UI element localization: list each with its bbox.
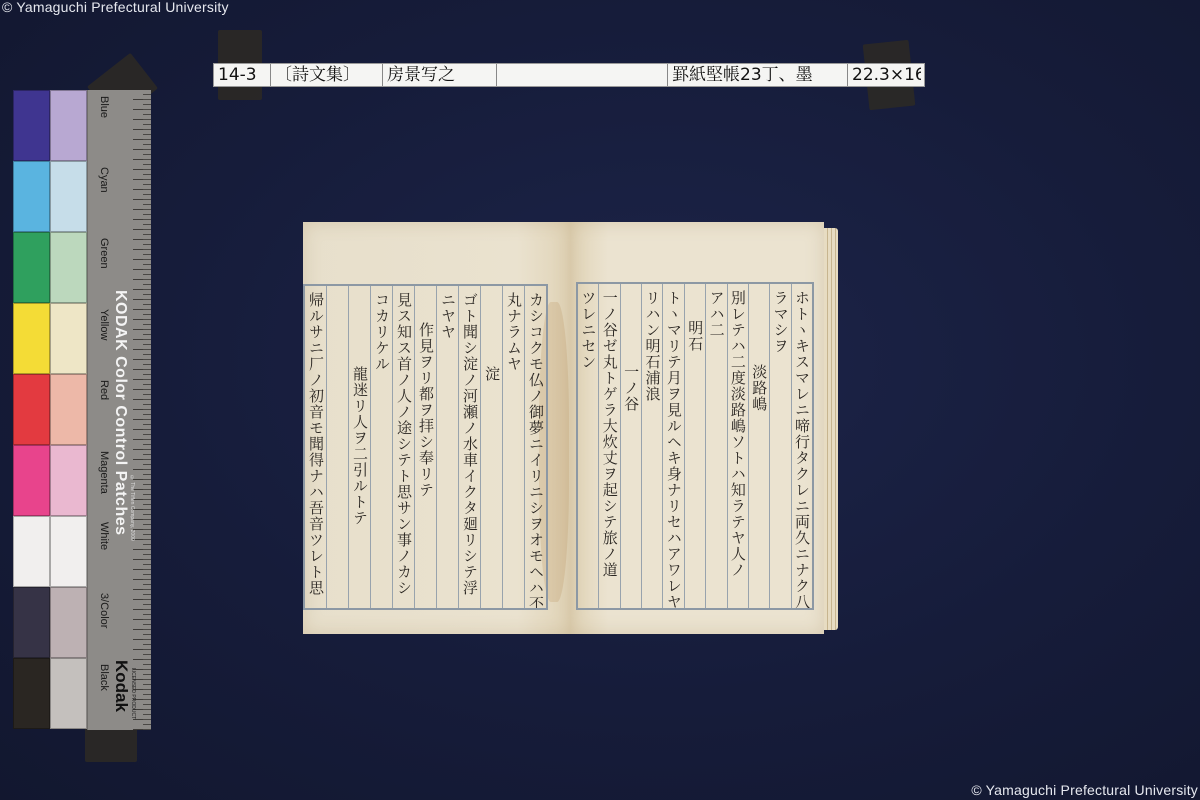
patch-dark bbox=[13, 445, 50, 516]
text-column: 一ノ谷ゼ丸トゲラ大炊丈ヲ起シテ旅ノ道 bbox=[598, 284, 619, 608]
label-size: 22.3×16.3 bbox=[848, 64, 921, 86]
text-column: 丸ナラムヤ bbox=[502, 286, 524, 608]
patch-light bbox=[50, 90, 87, 161]
watermark-bottom: © Yamaguchi Prefectural University bbox=[971, 782, 1198, 798]
watermark-top: © Yamaguchi Prefectural University bbox=[2, 0, 229, 15]
text-column: 作見ヲリ都ヲ拝シ奉リテ bbox=[414, 286, 436, 608]
label-blank bbox=[497, 64, 668, 86]
patch-row-green bbox=[13, 232, 87, 303]
color-control-patches bbox=[13, 90, 87, 730]
text-column: カシコクモ仏ノ御夢ニイリニシヲオモヘハ不モ bbox=[524, 286, 546, 608]
patch-light bbox=[50, 445, 87, 516]
patch-row-red bbox=[13, 374, 87, 445]
ruled-frame-right: ホトヽキスマレニ啼行タクレニ両久ニナク八聞サラマシヲ淡路嶋別レテハ二度淡路嶋ソト… bbox=[576, 282, 814, 610]
text-column: 一ノ谷 bbox=[620, 284, 641, 608]
patch-dark bbox=[13, 90, 50, 161]
open-book: カシコクモ仏ノ御夢ニイリニシヲオモヘハ不モ丸ナラムヤ淀ゴト聞シ淀ノ河瀬ノ水車イク… bbox=[300, 222, 840, 636]
text-column: 明石 bbox=[684, 284, 705, 608]
ruler: BlueCyanGreenYellowRedMagentaWhite3/Colo… bbox=[87, 90, 151, 730]
licensed-product: LICENSED PRODUCT bbox=[130, 668, 136, 719]
patch-name: Cyan bbox=[90, 167, 110, 193]
patch-light bbox=[50, 658, 87, 729]
chart-brand: KODAK Color Control Patches bbox=[111, 290, 129, 536]
right-page: ホトヽキスマレニ啼行タクレニ両久ニナク八聞サラマシヲ淡路嶋別レテハ二度淡路嶋ソト… bbox=[570, 222, 824, 634]
left-page: カシコクモ仏ノ御夢ニイリニシヲオモヘハ不モ丸ナラムヤ淀ゴト聞シ淀ノ河瀬ノ水車イク… bbox=[303, 222, 571, 634]
patch-dark bbox=[13, 374, 50, 445]
text-column: アハ二 bbox=[705, 284, 726, 608]
patch-name: Magenta bbox=[90, 451, 110, 494]
patch-name: White bbox=[90, 522, 110, 550]
ruler-ticks-fine bbox=[143, 90, 151, 730]
text-column: 帰ルサニ厂ノ初音モ聞得ナハ吾音ツレト思 bbox=[305, 286, 326, 608]
text-column: 別レテハ二度淡路嶋ソトハ知ラテヤ人ノ bbox=[727, 284, 748, 608]
patch-row-cyan bbox=[13, 161, 87, 232]
patch-dark bbox=[13, 161, 50, 232]
patch-row-blue bbox=[13, 90, 87, 161]
patch-light bbox=[50, 303, 87, 374]
text-column: 淀 bbox=[480, 286, 502, 608]
patch-dark bbox=[13, 658, 50, 729]
patch-dark bbox=[13, 587, 50, 658]
text-column: 淡路嶋 bbox=[748, 284, 769, 608]
chart-company: © The Tiffen Company, 2000 bbox=[129, 475, 135, 541]
patch-dark bbox=[13, 303, 50, 374]
text-column: ラマシヲ bbox=[769, 284, 790, 608]
catalog-label: 14-3 〔詩文集〕 房景写之 罫紙堅帳23丁、墨 22.3×16.3 bbox=[213, 63, 925, 87]
patch-name: Green bbox=[90, 238, 110, 269]
patch-name: 3/Color bbox=[90, 593, 110, 628]
text-column: リハン明石浦浪 bbox=[641, 284, 662, 608]
patch-dark bbox=[13, 232, 50, 303]
patch-row-black bbox=[13, 658, 87, 729]
patch-light bbox=[50, 232, 87, 303]
patch-name: Black bbox=[90, 664, 110, 691]
patch-name: Red bbox=[90, 380, 110, 400]
ruled-frame-left: カシコクモ仏ノ御夢ニイリニシヲオモヘハ不モ丸ナラムヤ淀ゴト聞シ淀ノ河瀬ノ水車イク… bbox=[303, 284, 548, 610]
text-column: 龍迷リ人ヲ二引ルトテ bbox=[348, 286, 370, 608]
text-column: ニヤヤ bbox=[436, 286, 458, 608]
patch-light bbox=[50, 587, 87, 658]
label-title: 〔詩文集〕 bbox=[271, 64, 383, 86]
text-column: 見ス知ス首ノ人ノ途シテト思サン事ノカシ bbox=[392, 286, 414, 608]
text-column bbox=[326, 286, 348, 608]
label-format: 罫紙堅帳23丁、墨 bbox=[668, 64, 848, 86]
patch-names: BlueCyanGreenYellowRedMagentaWhite3/Colo… bbox=[90, 90, 110, 730]
patch-name: Yellow bbox=[90, 309, 110, 340]
label-author-note: 房景写之 bbox=[383, 64, 497, 86]
label-id: 14-3 bbox=[214, 64, 271, 86]
patch-light bbox=[50, 516, 87, 587]
patch-light bbox=[50, 161, 87, 232]
patch-row-white bbox=[13, 516, 87, 587]
patch-dark bbox=[13, 516, 50, 587]
patch-light bbox=[50, 374, 87, 445]
patch-row-yellow bbox=[13, 303, 87, 374]
text-column: ツレニセン bbox=[578, 284, 598, 608]
text-column: トヽマリテ月ヲ見ルヘキ身ナリセハアワレヤ bbox=[662, 284, 683, 608]
text-column: ホトヽキスマレニ啼行タクレニ両久ニナク八聞サ bbox=[791, 284, 812, 608]
text-column: ゴト聞シ淀ノ河瀬ノ水車イクタ廻リシテ浮 bbox=[458, 286, 480, 608]
patch-row-3color bbox=[13, 587, 87, 658]
patch-row-magenta bbox=[13, 445, 87, 516]
text-column: コカリケル bbox=[370, 286, 392, 608]
kodak-logo: Kodak bbox=[111, 660, 131, 712]
patch-name: Blue bbox=[90, 96, 110, 118]
